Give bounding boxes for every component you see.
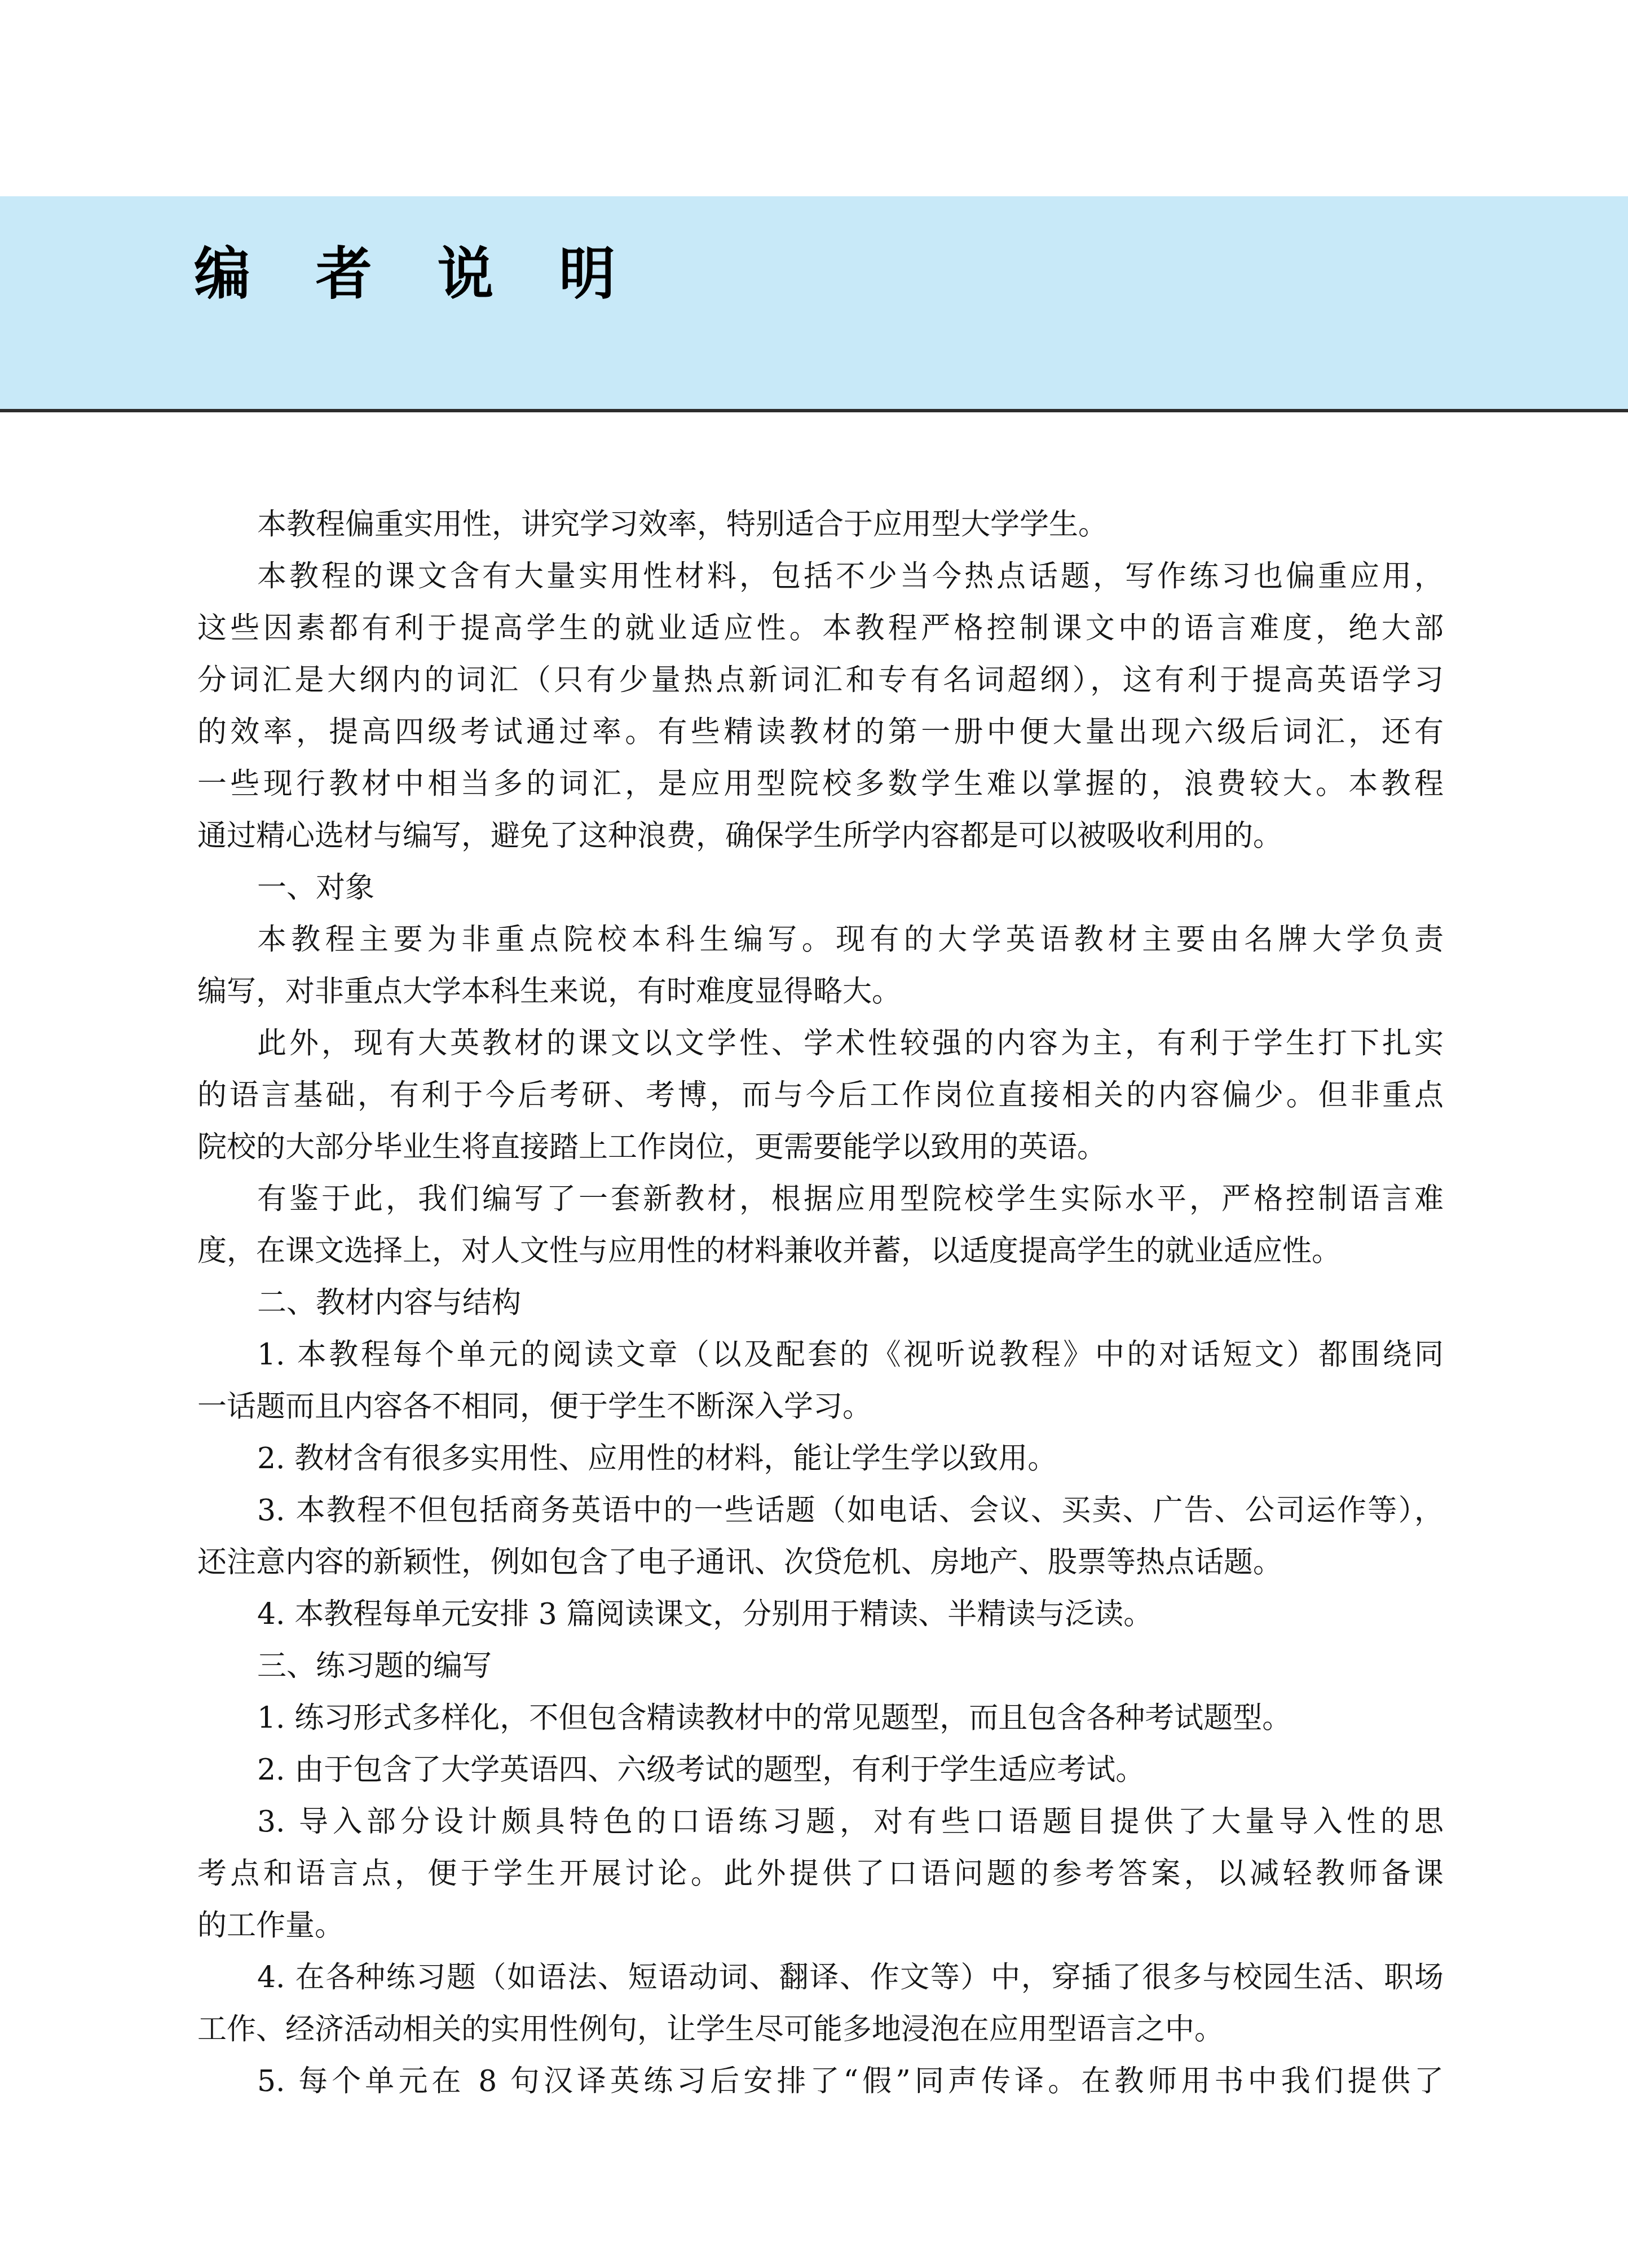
text-line: 分词汇是大纲内的词汇（只有少量热点新词汇和专有名词超纲），这有利于提高英语学习 bbox=[197, 654, 1444, 706]
text-line: 工作、经济活动相关的实用性例句，让学生尽可能多地浸泡在应用型语言之中。 bbox=[197, 2003, 1444, 2055]
text-line: 3. 导入部分设计颇具特色的口语练习题，对有些口语题目提供了大量导入性的思 bbox=[197, 1796, 1444, 1848]
text-line: 1. 练习形式多样化，不但包含精读教材中的常见题型，而且包含各种考试题型。 bbox=[197, 1692, 1444, 1744]
text-line: 度，在课文选择上，对人文性与应用性的材料兼收并蓄，以适度提高学生的就业适应性。 bbox=[197, 1225, 1444, 1277]
text-line: 5. 每个单元在 8 句汉译英练习后安排了“假”同声传译。在教师用书中我们提供了 bbox=[197, 2055, 1444, 2107]
text-line: 3. 本教程不但包括商务英语中的一些话题（如电话、会议、买卖、广告、公司运作等）… bbox=[197, 1485, 1444, 1536]
text-line: 的语言基础，有利于今后考研、考博，而与今后工作岗位直接相关的内容偏少。但非重点 bbox=[197, 1069, 1444, 1121]
text-line: 1. 本教程每个单元的阅读文章（以及配套的《视听说教程》中的对话短文）都围绕同 bbox=[197, 1329, 1444, 1381]
text-line: 通过精心选材与编写，避免了这种浪费，确保学生所学内容都是可以被吸收利用的。 bbox=[197, 810, 1444, 862]
text-line: 4. 本教程每单元安排 3 篇阅读课文，分别用于精读、半精读与泛读。 bbox=[197, 1588, 1444, 1640]
text-line: 的效率，提高四级考试通过率。有些精读教材的第一册中便大量出现六级后词汇，还有 bbox=[197, 706, 1444, 758]
section-heading: 三、练习题的编写 bbox=[197, 1640, 1444, 1692]
section-heading: 一、对象 bbox=[197, 862, 1444, 914]
chapter-header-band: 编 者 说 明 bbox=[0, 196, 1628, 412]
text-line: 一些现行教材中相当多的词汇，是应用型院校多数学生难以掌握的，浪费较大。本教程 bbox=[197, 758, 1444, 810]
text-line: 有鉴于此，我们编写了一套新教材，根据应用型院校学生实际水平，严格控制语言难 bbox=[197, 1173, 1444, 1225]
text-line: 编写，对非重点大学本科生来说，有时难度显得略大。 bbox=[197, 966, 1444, 1018]
text-line: 4. 在各种练习题（如语法、短语动词、翻译、作文等）中，穿插了很多与校园生活、职… bbox=[197, 1952, 1444, 2003]
text-line: 本教程的课文含有大量实用性材料，包括不少当今热点话题，写作练习也偏重应用， bbox=[197, 551, 1444, 602]
text-line: 此外，现有大英教材的课文以文学性、学术性较强的内容为主，有利于学生打下扎实 bbox=[197, 1018, 1444, 1069]
text-line: 的工作量。 bbox=[197, 1900, 1444, 1952]
section-heading: 二、教材内容与结构 bbox=[197, 1277, 1444, 1329]
text-line: 2. 教材含有很多实用性、应用性的材料，能让学生学以致用。 bbox=[197, 1433, 1444, 1485]
text-line: 一话题而且内容各不相同，便于学生不断深入学习。 bbox=[197, 1381, 1444, 1433]
text-line: 本教程主要为非重点院校本科生编写。现有的大学英语教材主要由名牌大学负责 bbox=[197, 914, 1444, 966]
page-title: 编 者 说 明 bbox=[194, 218, 640, 331]
book-page: 编 者 说 明 本教程偏重实用性，讲究学习效率，特别适合于应用型大学学生。本教程… bbox=[0, 0, 1628, 2268]
text-line: 本教程偏重实用性，讲究学习效率，特别适合于应用型大学学生。 bbox=[197, 499, 1444, 551]
text-line: 还注意内容的新颖性，例如包含了电子通讯、次贷危机、房地产、股票等热点话题。 bbox=[197, 1536, 1444, 1588]
text-line: 这些因素都有利于提高学生的就业适应性。本教程严格控制课文中的语言难度，绝大部 bbox=[197, 602, 1444, 654]
text-line: 院校的大部分毕业生将直接踏上工作岗位，更需要能学以致用的英语。 bbox=[197, 1121, 1444, 1173]
text-line: 2. 由于包含了大学英语四、六级考试的题型，有利于学生适应考试。 bbox=[197, 1744, 1444, 1796]
body-text: 本教程偏重实用性，讲究学习效率，特别适合于应用型大学学生。本教程的课文含有大量实… bbox=[197, 499, 1444, 2107]
text-line: 考点和语言点，便于学生开展讨论。此外提供了口语问题的参考答案，以减轻教师备课 bbox=[197, 1848, 1444, 1900]
